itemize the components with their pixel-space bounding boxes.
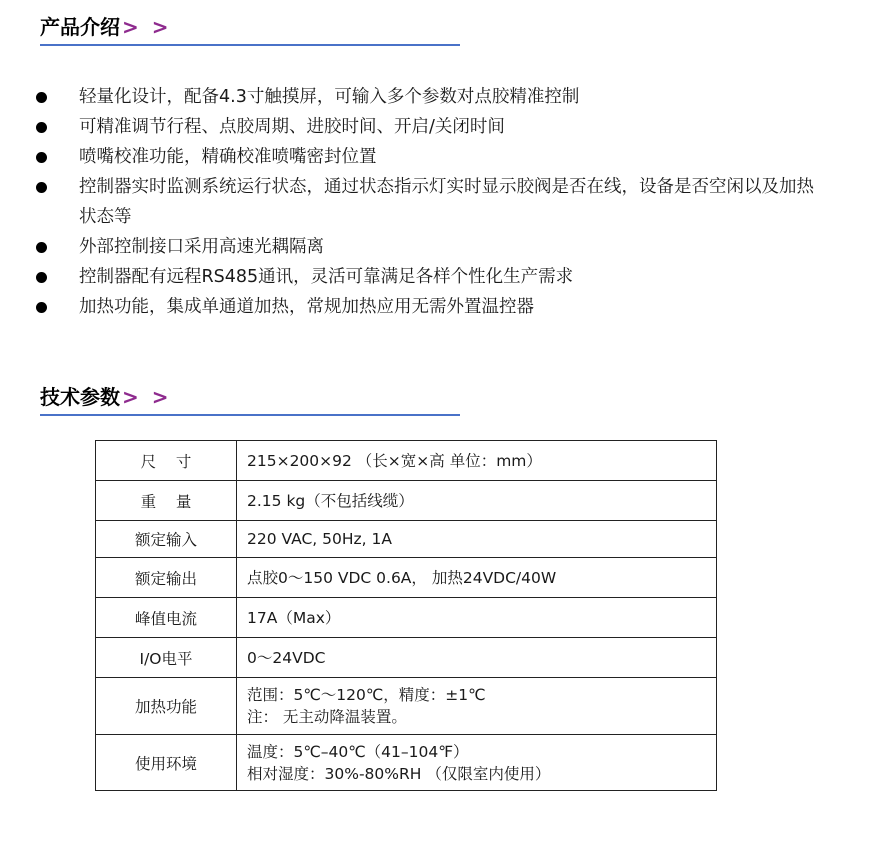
spec-value: 0～24VDC (237, 638, 717, 678)
bullet-icon (36, 242, 47, 253)
spec-label: 使用环境 (96, 735, 237, 791)
spec-label: 额定输出 (96, 558, 237, 598)
spec-label: 重 量 (96, 481, 237, 521)
bullet-icon (36, 272, 47, 283)
spec-row-weight: 重 量 2.15 kg（不包括线缆） (96, 481, 717, 521)
section-title-specs-text: 技术参数 (40, 385, 120, 409)
feature-text: 外部控制接口采用高速光耦隔离 (79, 237, 324, 257)
feature-item: 喷嘴校准功能，精确校准喷嘴密封位置 (30, 142, 850, 172)
spec-row-size: 尺 寸 215×200×92 （长×宽×高 单位：mm） (96, 441, 717, 481)
section-divider-intro (40, 44, 460, 46)
spec-row-environment: 使用环境 温度：5℃–40℃（41–104℉） 相对湿度：30%-80%RH （… (96, 735, 717, 791)
section-title-intro-text: 产品介绍 (40, 15, 120, 39)
spec-row-rated-output: 额定输出 点胶0～150 VDC 0.6A， 加热24VDC/40W (96, 558, 717, 598)
spec-row-rated-input: 额定输入 220 VAC, 50Hz, 1A (96, 521, 717, 558)
spec-value-line: 相对湿度：30%-80%RH （仅限室内使用） (247, 763, 706, 785)
spec-value-line: 范围：5℃～120℃，精度：±1℃ (247, 684, 706, 706)
feature-text: 加热功能，集成单通道加热，常规加热应用无需外置温控器 (79, 297, 534, 317)
feature-item: 轻量化设计，配备4.3寸触摸屏，可输入多个参数对点胶精准控制 (30, 82, 850, 112)
feature-item: 可精准调节行程、点胶周期、进胶时间、开启/关闭时间 (30, 112, 850, 142)
spec-value-line: 注： 无主动降温装置。 (247, 706, 706, 728)
spec-table: 尺 寸 215×200×92 （长×宽×高 单位：mm） 重 量 2.15 kg… (95, 440, 717, 791)
bullet-icon (36, 122, 47, 133)
feature-text: 控制器配有远程RS485通讯，灵活可靠满足各样个性化生产需求 (79, 267, 573, 287)
spec-label: 额定输入 (96, 521, 237, 558)
feature-text: 控制器实时监测系统运行状态，通过状态指示灯实时显示胶阀是否在线，设备是否空闲以及… (79, 177, 814, 227)
section-divider-specs (40, 414, 460, 416)
spec-row-heating: 加热功能 范围：5℃～120℃，精度：±1℃ 注： 无主动降温装置。 (96, 678, 717, 735)
feature-text: 喷嘴校准功能，精确校准喷嘴密封位置 (79, 147, 377, 167)
spec-value: 范围：5℃～120℃，精度：±1℃ 注： 无主动降温装置。 (237, 678, 717, 735)
spec-value: 17A（Max） (237, 598, 717, 638)
spec-value: 220 VAC, 50Hz, 1A (237, 521, 717, 558)
spec-value: 温度：5℃–40℃（41–104℉） 相对湿度：30%-80%RH （仅限室内使… (237, 735, 717, 791)
section-title-specs: 技术参数> > (40, 381, 171, 410)
spec-row-peak-current: 峰值电流 17A（Max） (96, 598, 717, 638)
feature-item: 外部控制接口采用高速光耦隔离 (30, 232, 850, 262)
spec-value-line: 温度：5℃–40℃（41–104℉） (247, 741, 706, 763)
spec-value: 2.15 kg（不包括线缆） (237, 481, 717, 521)
spec-label: 尺 寸 (96, 441, 237, 481)
feature-item: 控制器实时监测系统运行状态，通过状态指示灯实时显示胶阀是否在线，设备是否空闲以及… (30, 172, 850, 232)
feature-text: 轻量化设计，配备4.3寸触摸屏，可输入多个参数对点胶精准控制 (79, 87, 579, 107)
bullet-icon (36, 152, 47, 163)
chevron-right-icon: > > (122, 15, 171, 39)
spec-row-io-level: I/O电平 0～24VDC (96, 638, 717, 678)
spec-label: 加热功能 (96, 678, 237, 735)
spec-label: 峰值电流 (96, 598, 237, 638)
spec-value: 点胶0～150 VDC 0.6A， 加热24VDC/40W (237, 558, 717, 598)
feature-item: 控制器配有远程RS485通讯，灵活可靠满足各样个性化生产需求 (30, 262, 850, 292)
feature-text: 可精准调节行程、点胶周期、进胶时间、开启/关闭时间 (79, 117, 505, 137)
feature-item: 加热功能，集成单通道加热，常规加热应用无需外置温控器 (30, 292, 850, 322)
chevron-right-icon: > > (122, 385, 171, 409)
bullet-icon (36, 302, 47, 313)
section-title-intro: 产品介绍> > (40, 11, 171, 40)
bullet-icon (36, 182, 47, 193)
feature-list: 轻量化设计，配备4.3寸触摸屏，可输入多个参数对点胶精准控制 可精准调节行程、点… (30, 82, 850, 322)
spec-value: 215×200×92 （长×宽×高 单位：mm） (237, 441, 717, 481)
spec-label: I/O电平 (96, 638, 237, 678)
bullet-icon (36, 92, 47, 103)
